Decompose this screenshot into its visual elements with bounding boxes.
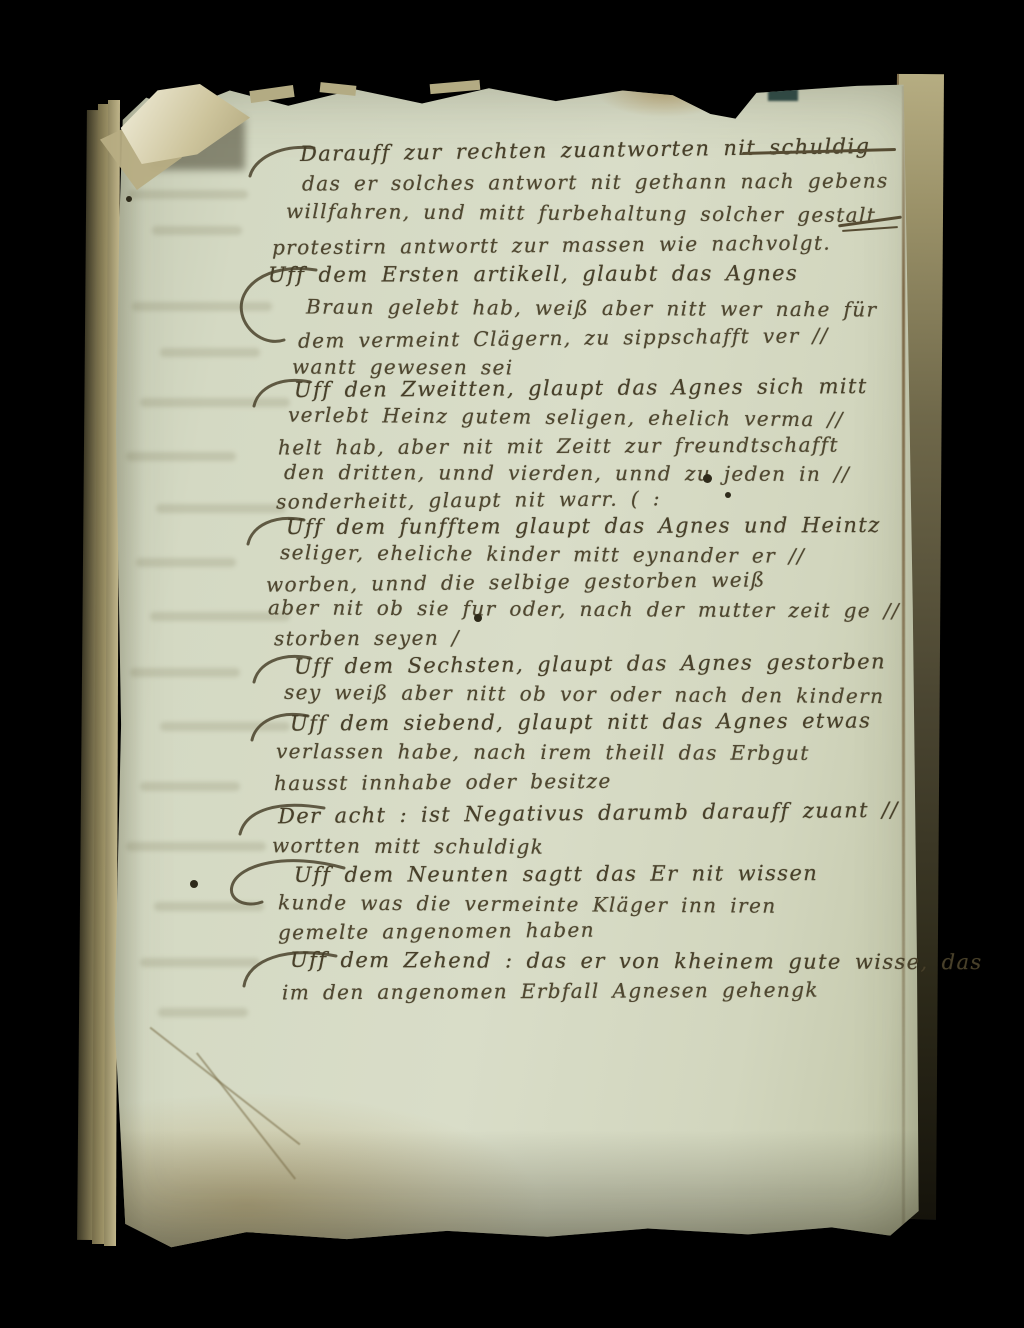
manuscript-line: Uff dem Ersten artikell, glaubt das Agne… xyxy=(268,263,798,286)
ink-dot xyxy=(703,474,712,483)
bleedthrough-mark xyxy=(126,452,236,461)
manuscript-line: dem vermeint Clägern, zu sippschafft ver… xyxy=(298,325,829,351)
ink-dot xyxy=(725,492,731,498)
manuscript-line: gemelte angenomen haben xyxy=(278,920,595,943)
bottom-shading xyxy=(96,1130,932,1252)
manuscript-line: hausst innhabe oder besitze xyxy=(274,771,612,793)
manuscript-line: wantt gewesen sei xyxy=(292,357,514,378)
ink-dot xyxy=(190,880,198,888)
manuscript-line: Uff dem funfftem glaupt das Agnes und He… xyxy=(286,515,881,538)
bleedthrough-mark xyxy=(126,842,266,851)
manuscript-line: Uff dem siebend, glaupt nitt das Agnes e… xyxy=(290,710,871,734)
manuscript-line: kunde was die vermeinte Kläger inn iren xyxy=(278,892,777,915)
manuscript-line: sonderheitt, glaupt nit warr. ( : xyxy=(276,488,661,511)
manuscript-line: Braun gelebt hab, weiß aber nitt wer nah… xyxy=(306,297,878,320)
manuscript-line: helt hab, aber nit mit Zeitt zur freundt… xyxy=(278,435,839,458)
ink-dot xyxy=(126,196,132,202)
manuscript-photo: Darauff zur rechten zuantworten nit schu… xyxy=(0,0,1024,1328)
bleedthrough-mark xyxy=(156,504,286,513)
manuscript-line: im den angenomen Erbfall Agnesen gehengk xyxy=(282,980,819,1003)
bleedthrough-mark xyxy=(140,782,240,791)
torn-notch xyxy=(768,85,798,101)
bleedthrough-mark xyxy=(152,226,242,235)
manuscript-line: sey weiß aber nitt ob vor oder nach den … xyxy=(284,682,885,706)
ink-dot xyxy=(474,614,482,622)
manuscript-line: protestirn antwortt zur massen wie nachv… xyxy=(272,233,831,258)
torn-edge-bit xyxy=(249,85,294,103)
manuscript-line: Uff dem Sechsten, glaupt das Agnes gesto… xyxy=(294,651,886,677)
manuscript-line: aber nit ob sie fur oder, nach der mutte… xyxy=(268,597,900,620)
manuscript-line: willfahren, und mitt furbehaltung solche… xyxy=(286,201,876,225)
manuscript-line: seliger, eheliche kinder mitt eynander e… xyxy=(280,542,805,566)
manuscript-line: Uff dem Zehend : das er von kheinem gute… xyxy=(290,950,983,973)
manuscript-line: den dritten, unnd vierden, unnd zu jeden… xyxy=(284,462,850,484)
manuscript-line: das er solches antwort nit gethann nach … xyxy=(302,170,889,193)
manuscript-line: worben, unnd die selbige gestorben weiß xyxy=(266,569,766,594)
torn-edge-bit xyxy=(320,82,357,96)
bleedthrough-mark xyxy=(128,190,248,199)
manuscript-line: wortten mitt schuldigk xyxy=(272,835,544,856)
manuscript-line: Uff dem Neunten sagtt das Er nit wissen xyxy=(294,863,818,886)
manuscript-line: verlebt Heinz gutem seligen, ehelich ver… xyxy=(288,405,844,430)
fold-crease xyxy=(902,86,905,1236)
bleedthrough-mark xyxy=(136,558,236,567)
manuscript-line: storben seyen / xyxy=(274,628,460,649)
manuscript-line: verlassen habe, nach irem theill das Erb… xyxy=(276,741,810,763)
bleedthrough-mark xyxy=(130,668,240,677)
bleedthrough-mark xyxy=(158,1008,248,1017)
corner-crease xyxy=(150,1027,301,1146)
manuscript-line: Uff den Zweitten, glaupt das Agnes sich … xyxy=(294,376,868,401)
